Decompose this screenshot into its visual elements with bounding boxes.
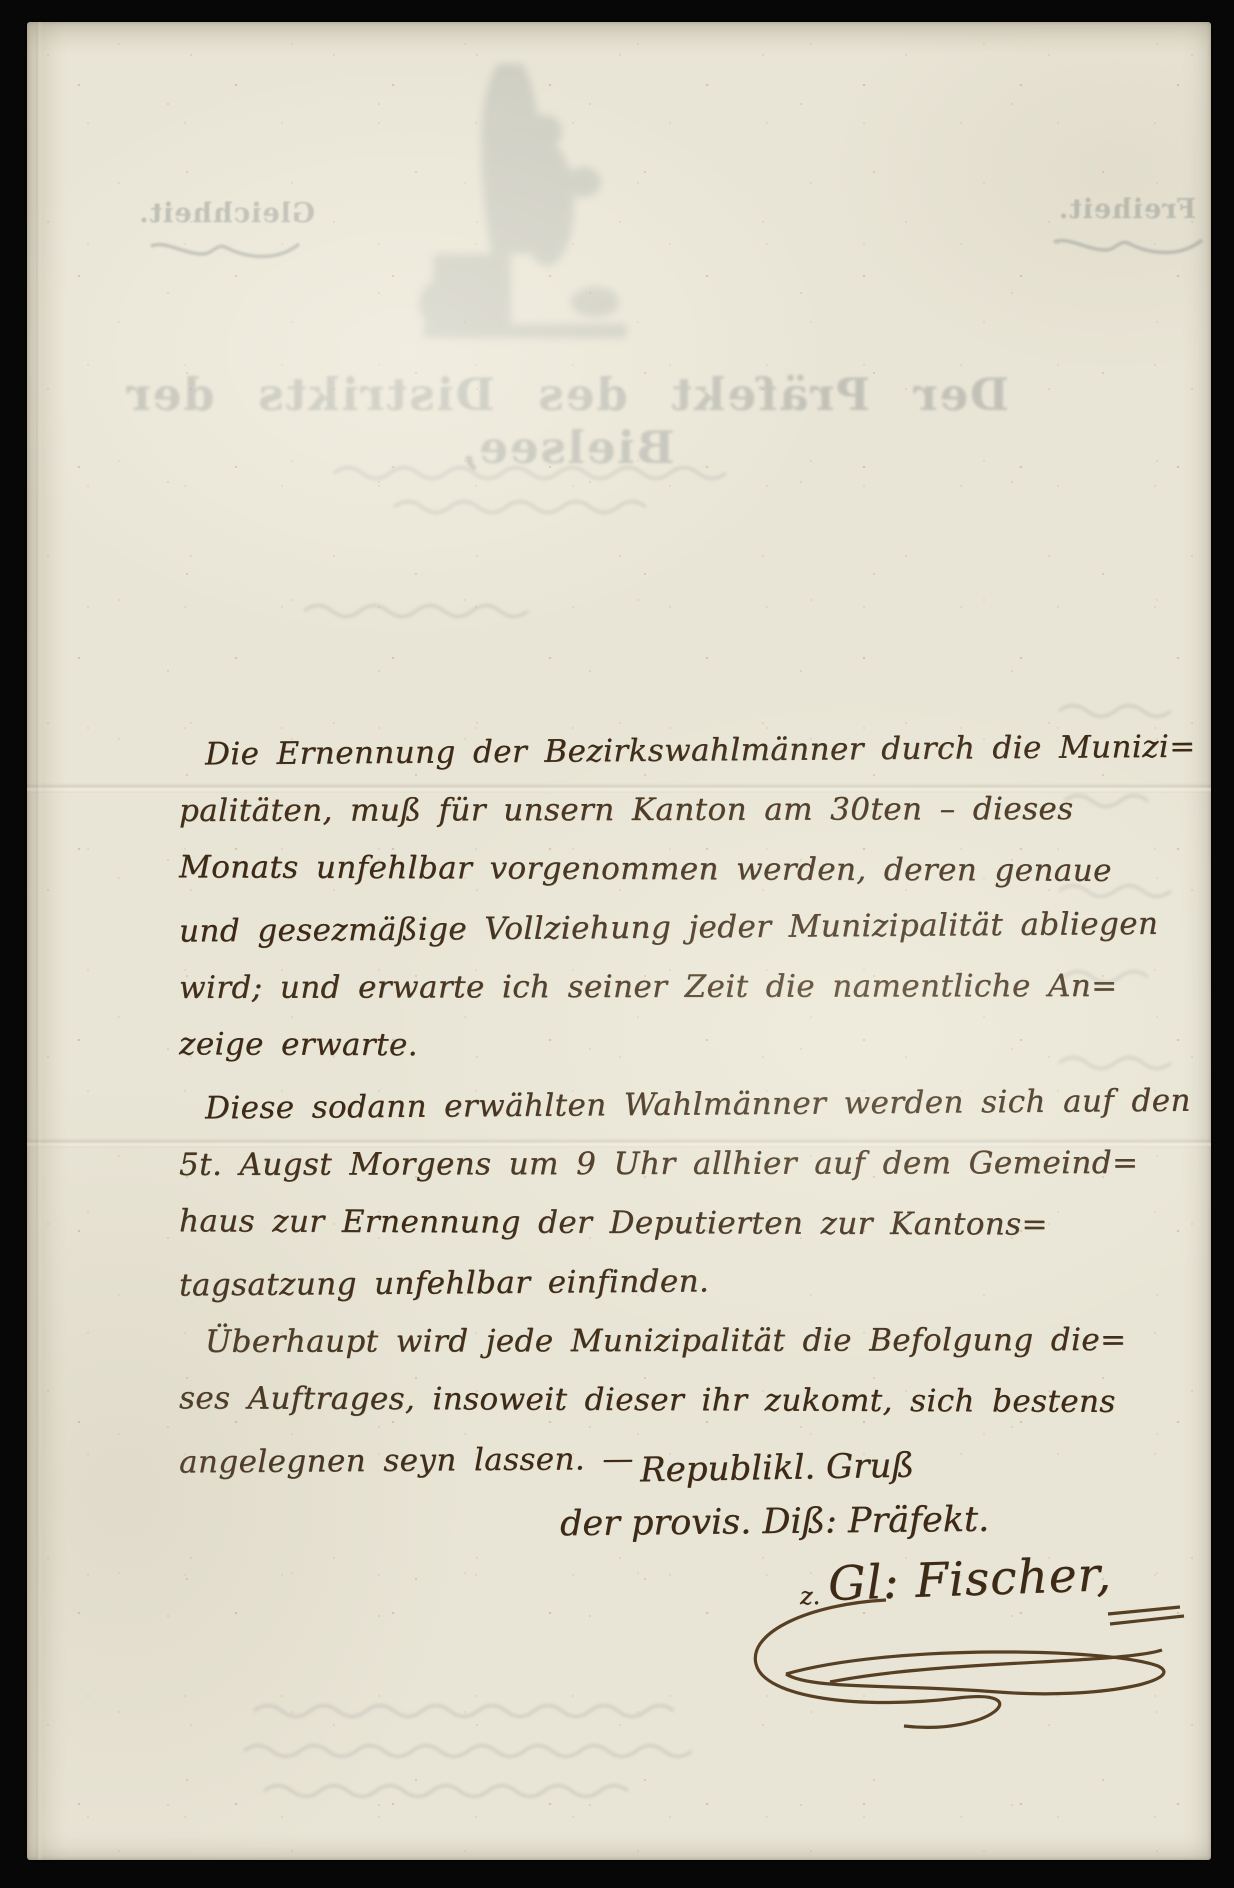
bleedthrough-script-squiggle [302,598,532,624]
bleedthrough-script-squiggle [252,1698,682,1724]
bleedthrough-script-squiggle [242,1738,692,1764]
letter-line: 5t. Augst Morgens um 9 Uhr allhier auf d… [179,1134,1079,1195]
calligraphic-swash-icon [145,234,305,264]
signature-mark: z. [800,1582,820,1610]
letter-line: Diese sodann erwählten Wahlmänner werden… [205,1073,1079,1139]
bleedthrough-heading: Der Präfekt des Distrikts der Bielsee, [117,368,1017,474]
letter-line: Monats unfehlbar vorgenommen werden, der… [179,838,1079,900]
fold-crease-vertical [36,22,43,1860]
letter-line: zeige erwarte. [179,1015,1079,1077]
letter-line: ses Auftrages, insoweit dieser ihr zukom… [179,1369,1079,1431]
letter-line: haus zur Ernennung der Deputierten zur K… [179,1192,1079,1254]
letter-line: Überhaupt wird jede Munizipalität die Be… [205,1311,1079,1372]
letter-line: tagsatzung unfehlbar einfinden. [179,1249,1079,1315]
letter-line: palitäten, muß für unsern Kanton am 30te… [179,780,1079,841]
emblem-watermark [405,54,645,354]
scanned-letter-page: { "scan": { "background_color": "#070707… [0,0,1234,1888]
bleedthrough-script-squiggle [262,1778,642,1804]
letter-line: angelegnen seyn lassen. — [179,1426,1079,1492]
letter-line: und gesezmäßige Vollziehung jeder Munizi… [179,895,1079,961]
calligraphic-swash-icon [1043,230,1211,260]
bleedthrough-freiheit: Freiheit. [1037,194,1211,225]
letter-line: wird; und erwarte ich seiner Zeit die na… [179,957,1079,1018]
signature-flourish-icon [690,1598,1210,1748]
bleedthrough-gleichheit: Gleichheit. [145,198,315,229]
closing-title: der provis. Diß: Präfekt. [560,1500,990,1544]
bleedthrough-script-squiggle [332,460,752,486]
paper-sheet: Gleichheit. Freiheit. Der Präfekt des Di… [27,22,1211,1860]
closing-salute: Republikl. Gruß [640,1446,915,1491]
letter-line: Die Ernennung der Bezirkswahlmänner durc… [205,719,1079,785]
signature: Gl: Fischer, [827,1547,1113,1612]
letter-body: Die Ernennung der Bezirkswahlmänner durc… [179,722,1079,1489]
bleedthrough-script-squiggle [392,494,652,520]
